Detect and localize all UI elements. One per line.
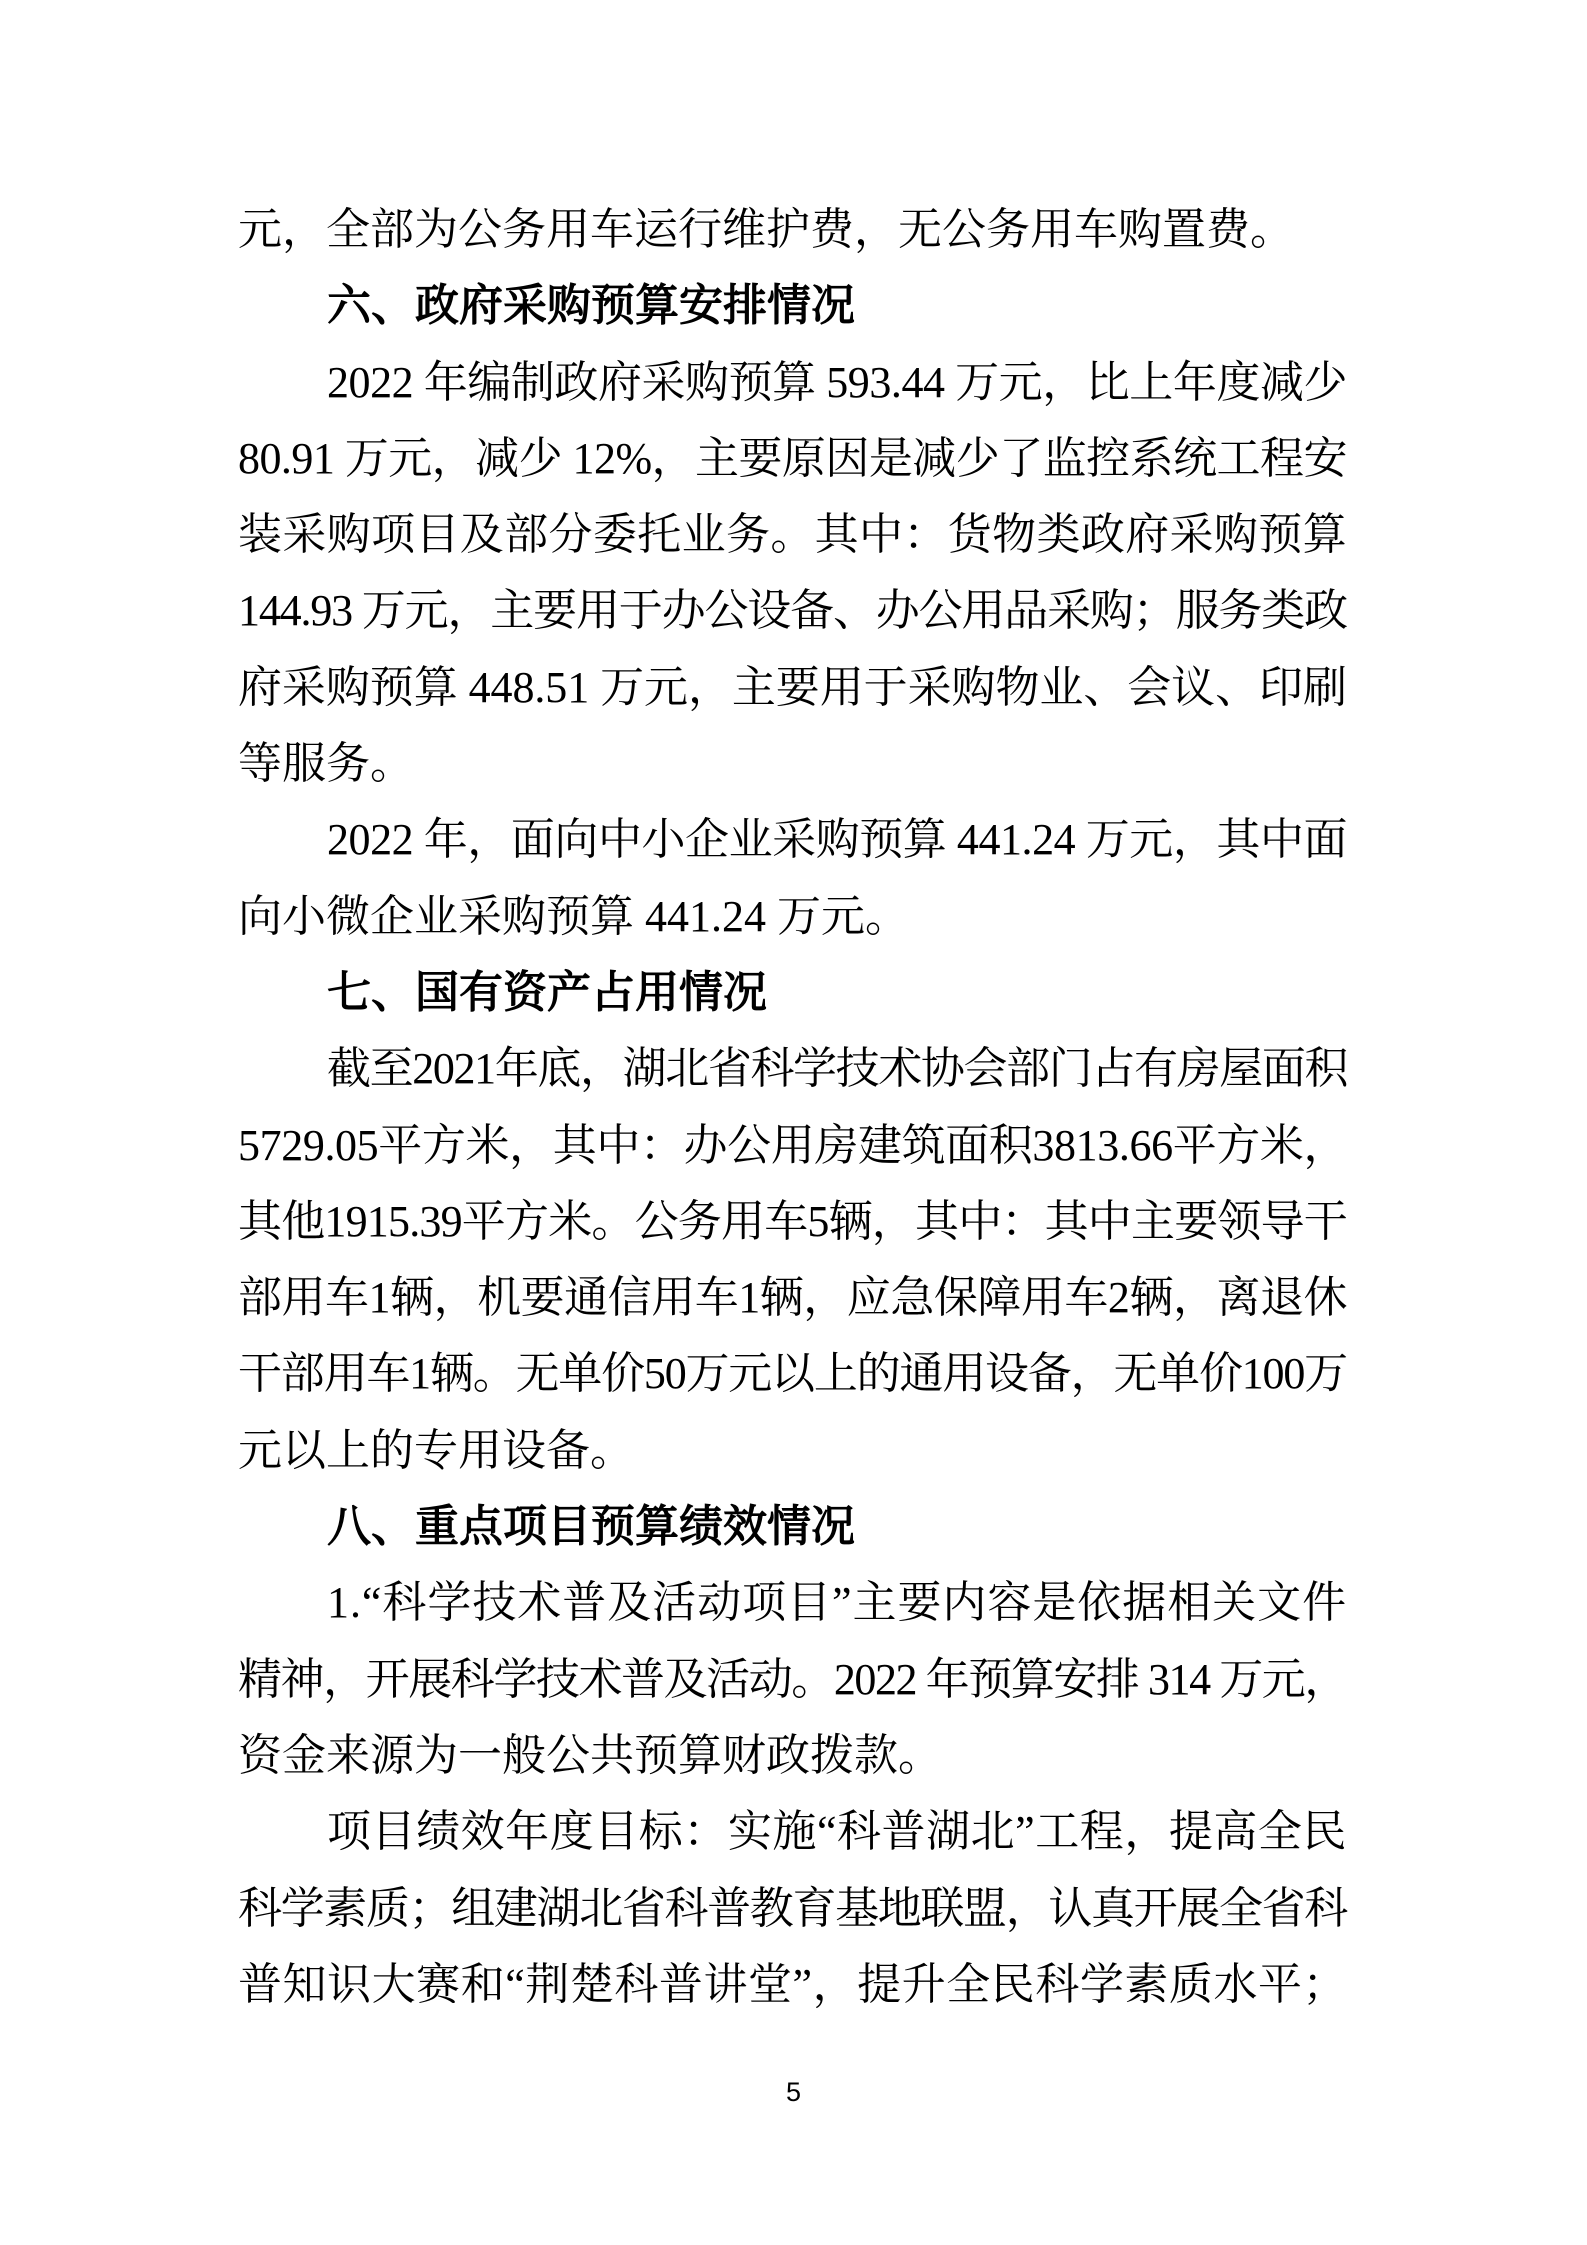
- text-line: 截至2021年底，湖北省科学技术协会部门占有房屋面积: [238, 1031, 1347, 1107]
- text-line: 2022 年，面向中小企业采购预算 441.24 万元，其中面: [238, 802, 1347, 878]
- text-line: 部用车1辆，机要通信用车1辆，应急保障用车2辆，离退休: [238, 1260, 1347, 1336]
- text-line: 1.“科学技术普及活动项目”主要内容是依据相关文件: [238, 1565, 1347, 1641]
- section-heading: 六、政府采购预算安排情况: [238, 268, 1347, 344]
- text-line: 元，全部为公务用车运行维护费，无公务用车购置费。: [238, 192, 1347, 268]
- document-body: 元，全部为公务用车运行维护费，无公务用车购置费。六、政府采购预算安排情况2022…: [238, 192, 1347, 2023]
- text-line: 144.93 万元，主要用于办公设备、办公用品采购；服务类政: [238, 573, 1347, 649]
- text-line: 元以上的专用设备。: [238, 1413, 1347, 1489]
- text-line: 项目绩效年度目标：实施“科普湖北”工程，提高全民: [238, 1794, 1347, 1870]
- section-heading: 七、国有资产占用情况: [238, 955, 1347, 1031]
- text-line: 普知识大赛和“荆楚科普讲堂”，提升全民科学素质水平；: [238, 1947, 1347, 2023]
- document-page: 元，全部为公务用车运行维护费，无公务用车购置费。六、政府采购预算安排情况2022…: [0, 0, 1587, 2245]
- text-line: 等服务。: [238, 726, 1347, 802]
- text-line: 资金来源为一般公共预算财政拨款。: [238, 1718, 1347, 1794]
- text-line: 向小微企业采购预算 441.24 万元。: [238, 879, 1347, 955]
- text-line: 其他1915.39平方米。公务用车5辆，其中：其中主要领导干: [238, 1184, 1347, 1260]
- page-number: 5: [0, 2076, 1587, 2108]
- section-heading: 八、重点项目预算绩效情况: [238, 1489, 1347, 1565]
- text-line: 装采购项目及部分委托业务。其中：货物类政府采购预算: [238, 497, 1347, 573]
- text-line: 精神，开展科学技术普及活动。2022 年预算安排 314 万元，: [238, 1642, 1347, 1718]
- text-line: 80.91 万元，减少 12%，主要原因是减少了监控系统工程安: [238, 421, 1347, 497]
- text-line: 5729.05平方米，其中：办公用房建筑面积3813.66平方米，: [238, 1108, 1347, 1184]
- text-line: 干部用车1辆。无单价50万元以上的通用设备，无单价100万: [238, 1336, 1347, 1412]
- text-line: 2022 年编制政府采购预算 593.44 万元，比上年度减少: [238, 345, 1347, 421]
- text-line: 科学素质；组建湖北省科普教育基地联盟，认真开展全省科: [238, 1871, 1347, 1947]
- text-line: 府采购预算 448.51 万元，主要用于采购物业、会议、印刷: [238, 650, 1347, 726]
